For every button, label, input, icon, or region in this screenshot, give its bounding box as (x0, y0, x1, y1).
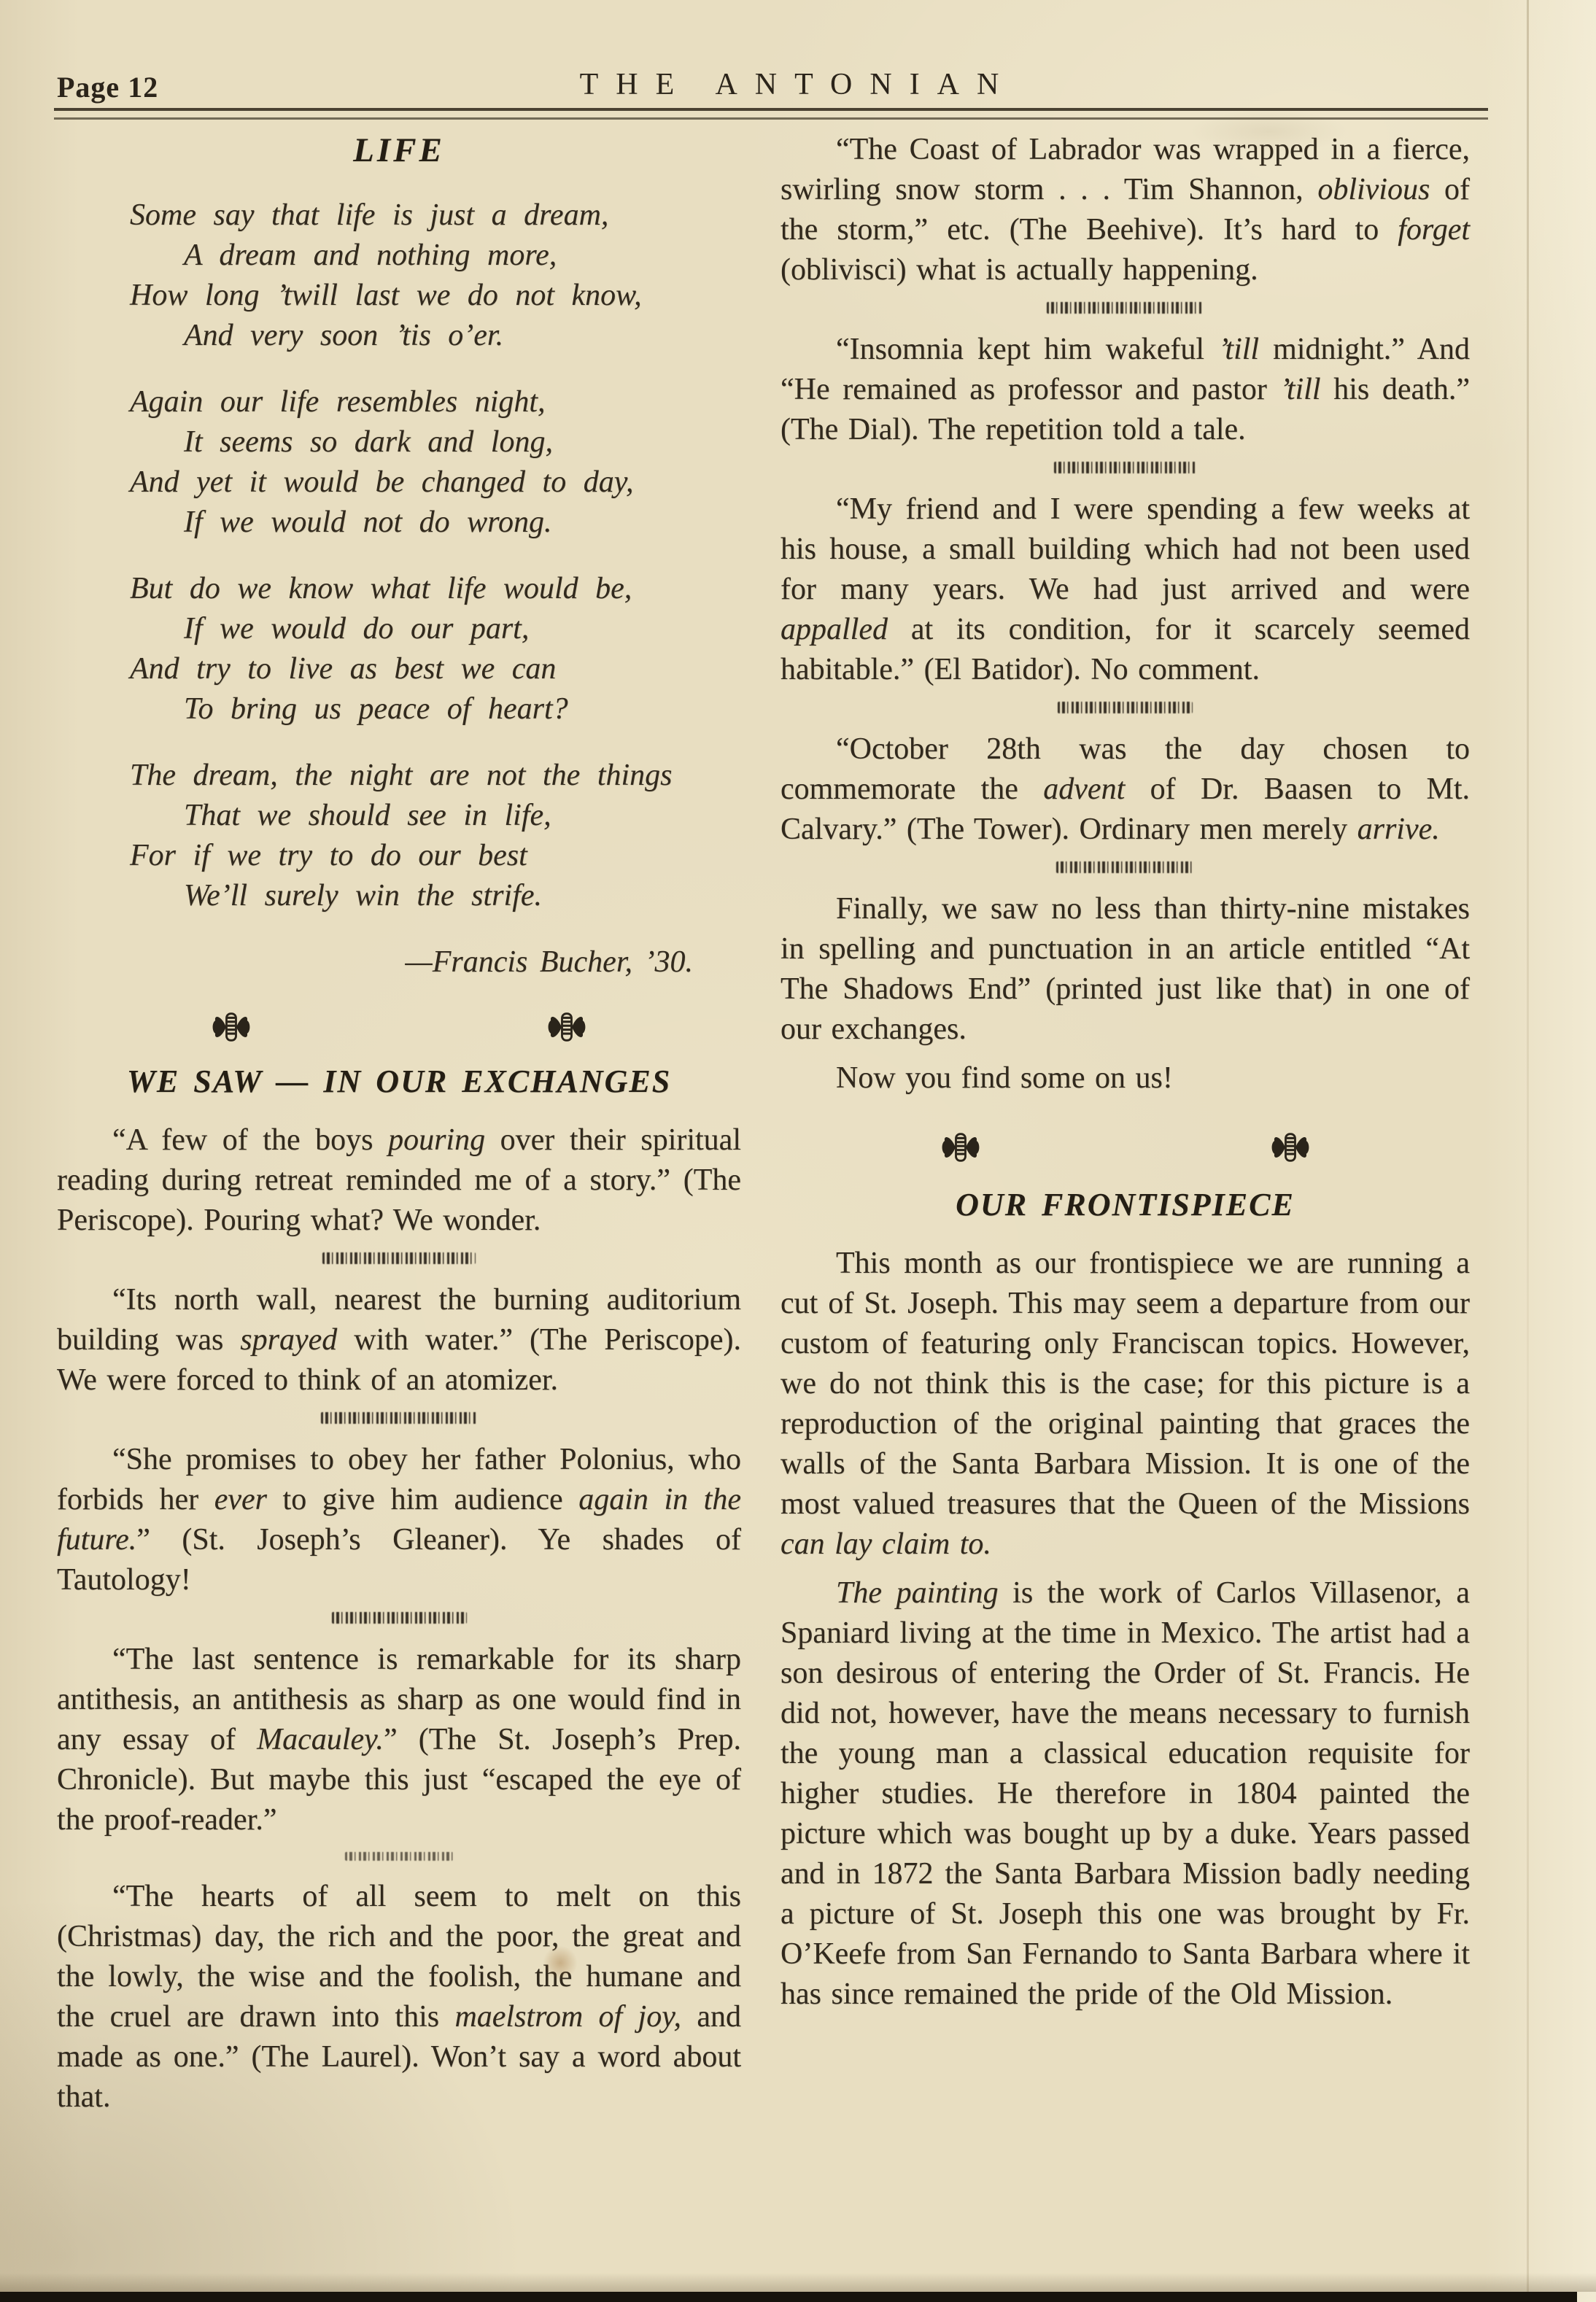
section-divider (1054, 462, 1196, 473)
poem-stanza: The dream, the night are not the things … (130, 756, 741, 916)
poem-line: If we would do our part, (130, 609, 741, 649)
poem-line: Again our life resembles night, (130, 382, 741, 422)
poem-line: How long ’twill last we do not know, (130, 276, 741, 316)
page-number: Page 12 (57, 70, 158, 104)
poem-line: For if we try to do our best (130, 836, 741, 876)
poem-section: Some say that life is just a dream, A dr… (57, 195, 741, 916)
scan-bottom-edge (0, 2292, 1577, 2302)
ornament-row (780, 1128, 1470, 1167)
scanned-magazine-page: { "masthead": { "page_label": "Page 12",… (0, 0, 1596, 2302)
exchange-paragraph: “The Coast of Labrador was wrapped in a … (780, 130, 1470, 290)
section-heading-frontispiece: OUR FRONTISPIECE (780, 1186, 1470, 1225)
printer-ornament-icon (548, 1007, 586, 1047)
poem-stanza: Some say that life is just a dream, A dr… (130, 195, 741, 356)
masthead-title: THE ANTONIAN (580, 67, 1017, 102)
poem-byline: —Francis Bucher, ’30. (57, 942, 741, 983)
section-heading-we-saw: WE SAW — IN OUR EXCHANGES (57, 1063, 741, 1101)
exchange-paragraph: “The last sentence is remarkable for its… (57, 1640, 741, 1840)
section-divider (345, 1852, 453, 1861)
poem-line: And very soon ’tis o’er. (130, 316, 741, 356)
poem-line: To bring us peace of heart? (130, 689, 741, 729)
poem-line: It seems so dark and long, (130, 422, 741, 462)
poem-stanza: But do we know what life would be, If we… (130, 569, 741, 729)
section-divider (1056, 861, 1195, 873)
poem-line: That we should see in life, (130, 796, 741, 836)
section-divider (321, 1412, 478, 1424)
left-column: LIFE Some say that life is just a dream,… (57, 130, 741, 2126)
ornament-row (57, 1007, 741, 1047)
exchange-paragraph: “Its north wall, nearest the burning aud… (57, 1280, 741, 1400)
printer-ornament-icon (1271, 1128, 1309, 1167)
exchange-paragraph: “October 28th was the day chosen to comm… (780, 729, 1470, 850)
frontispiece-paragraph: This month as our frontispiece we are ru… (780, 1244, 1470, 1565)
exchange-paragraph: “A few of the boys pouring over their sp… (57, 1120, 741, 1241)
right-column: “The Coast of Labrador was wrapped in a … (780, 130, 1470, 2023)
poem-line: And try to live as best we can (130, 649, 741, 689)
frontispiece-paragraph: The painting is the work of Carlos Villa… (780, 1573, 1470, 2015)
poem-line: If we would not do wrong. (130, 503, 741, 543)
printer-ornament-icon (942, 1128, 980, 1167)
section-divider (1047, 302, 1204, 314)
poem-line: We’ll surely win the strife. (130, 876, 741, 916)
poem-line: The dream, the night are not the things (130, 756, 741, 796)
printer-ornament-icon (212, 1007, 250, 1047)
poem-line: But do we know what life would be, (130, 569, 741, 609)
scan-right-crease (1527, 0, 1529, 2302)
section-divider (332, 1612, 467, 1624)
poem-line: A dream and nothing more, (130, 236, 741, 276)
poem-line: Some say that life is just a dream, (130, 195, 741, 236)
exchange-closing-line: Now you find some on us! (780, 1058, 1470, 1098)
exchange-paragraph: “Insomnia kept him wakeful ’till midnigh… (780, 330, 1470, 450)
section-divider (1058, 702, 1193, 713)
exchange-paragraph: “She promises to obey her father Poloniu… (57, 1440, 741, 1600)
poem-title: LIFE (57, 130, 741, 171)
scan-bottom-shadow (0, 2273, 1596, 2292)
poem-stanza: Again our life resembles night, It seems… (130, 382, 741, 543)
exchange-paragraph: “My friend and I were spending a few wee… (780, 489, 1470, 690)
exchange-paragraph: “The hearts of all seem to melt on this … (57, 1877, 741, 2117)
header-rule (54, 108, 1488, 120)
exchange-paragraph: Finally, we saw no less than thirty-nine… (780, 889, 1470, 1050)
poem-line: And yet it would be changed to day, (130, 462, 741, 503)
section-divider (322, 1252, 476, 1264)
